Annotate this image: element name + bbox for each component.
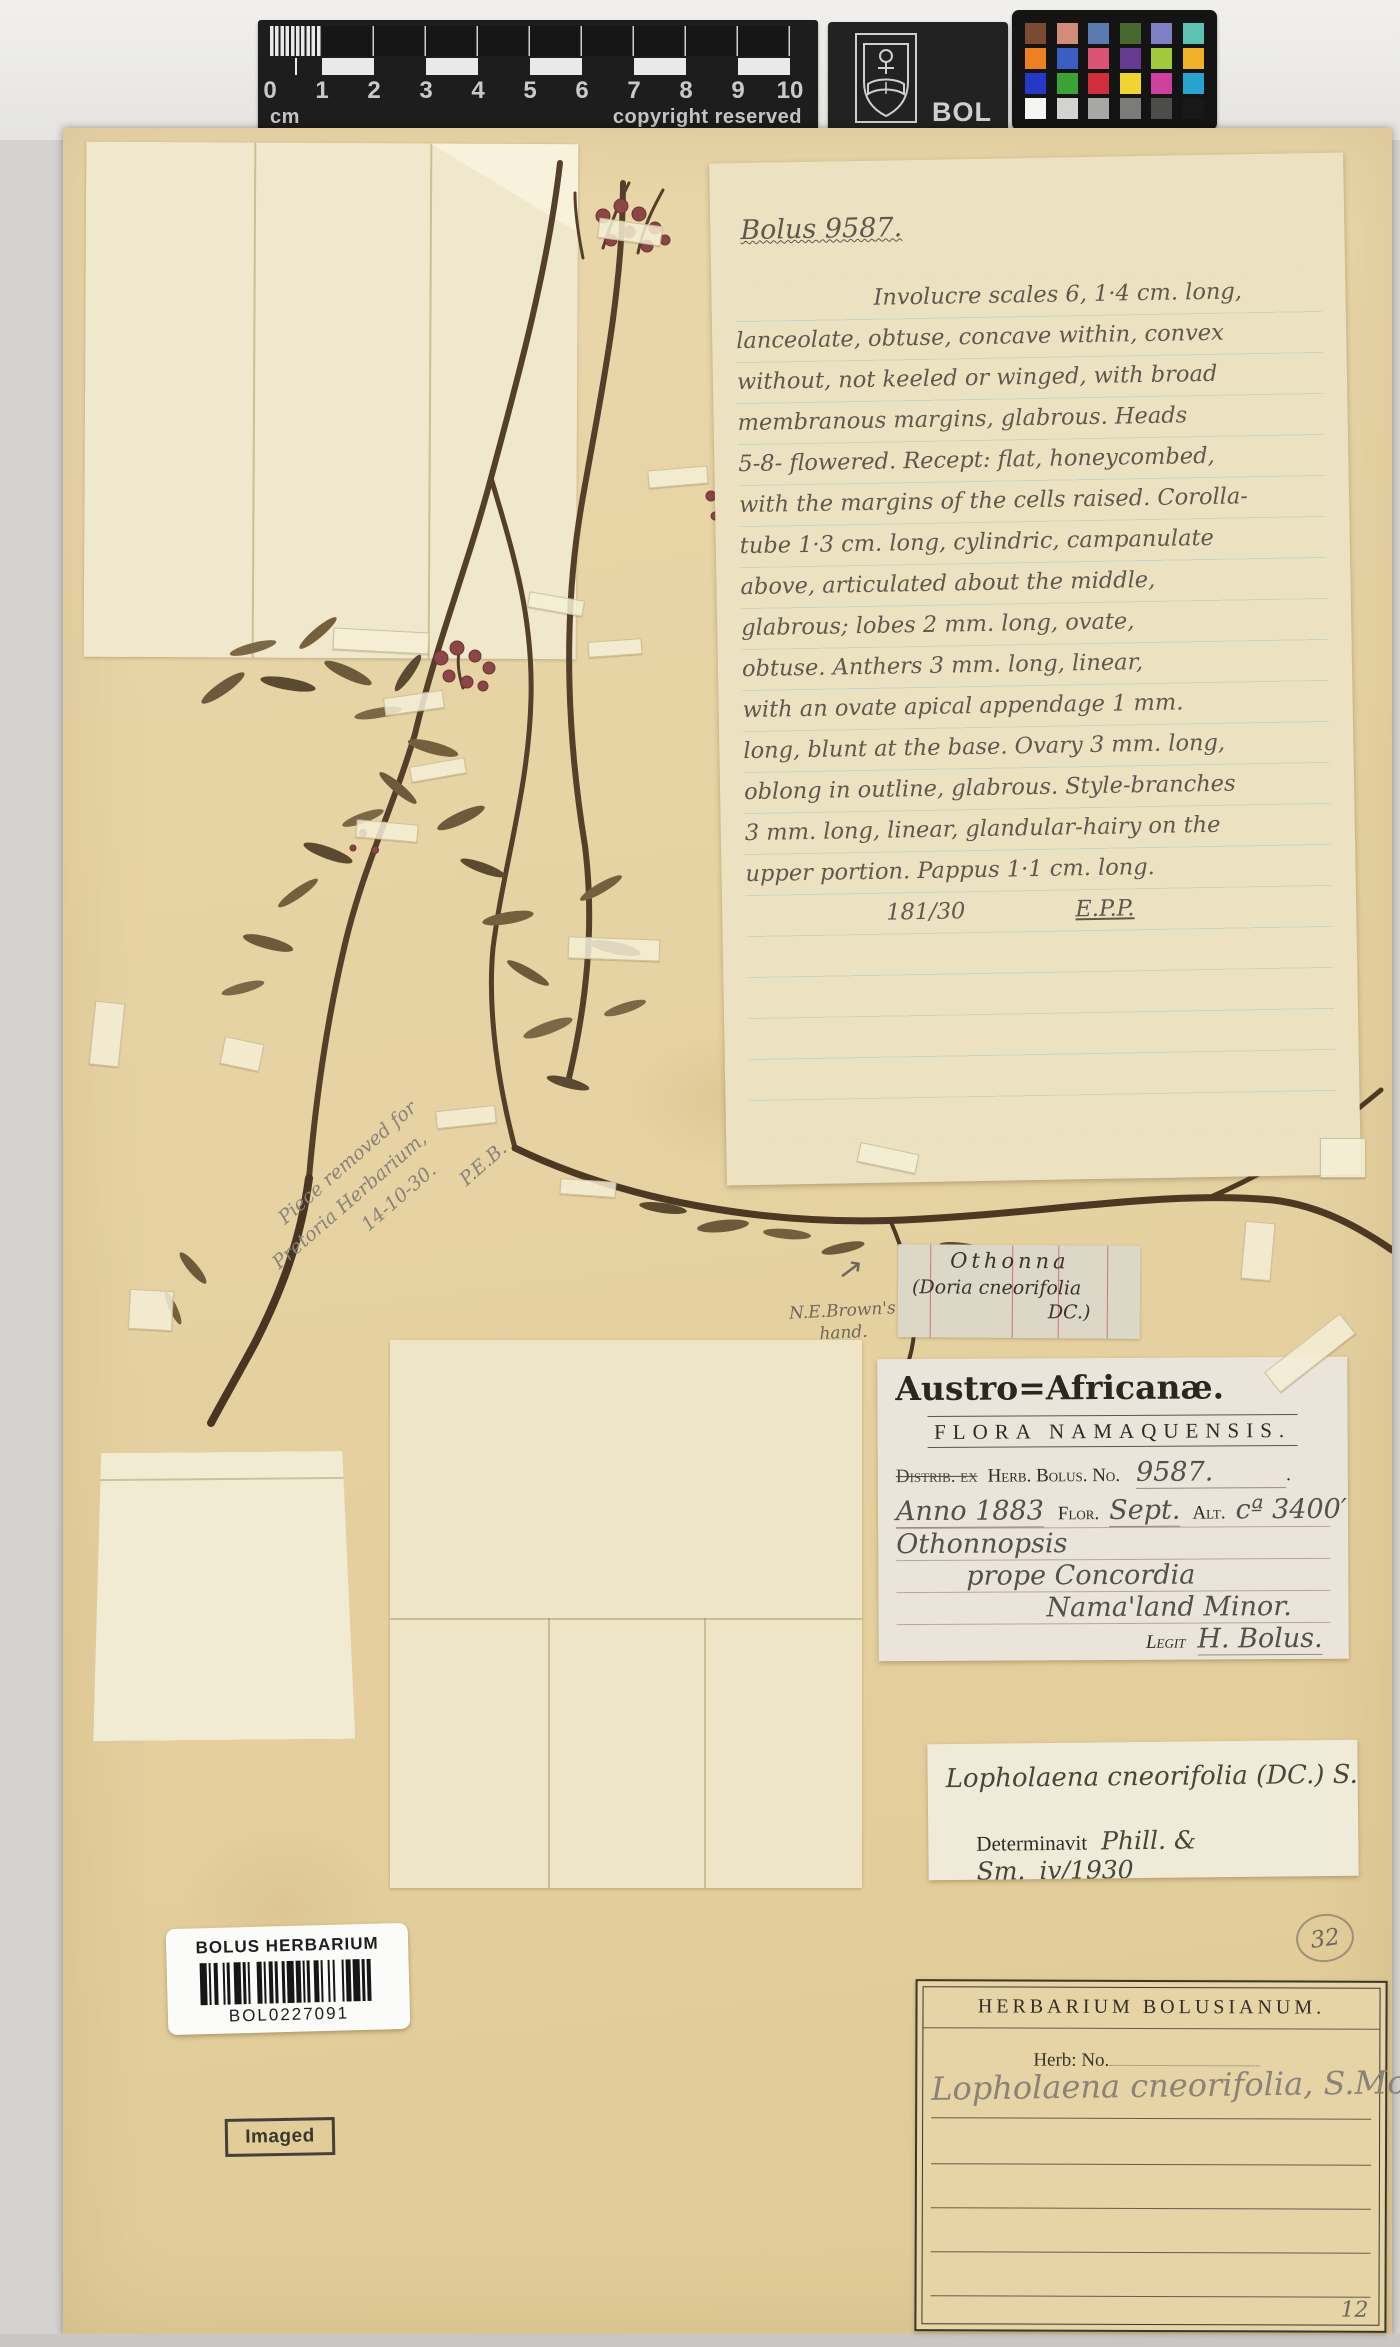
color-patch: [1057, 23, 1078, 44]
color-patch: [1183, 73, 1204, 94]
hand-annotation: N.E.Brown's hand.: [777, 1297, 909, 1348]
distrib-strikethrough: Distrib. ex: [896, 1466, 978, 1488]
annotation-arrow-icon: ↗: [836, 1250, 866, 1288]
color-patch: [1025, 23, 1046, 44]
flor-value: Sept.: [1109, 1495, 1180, 1527]
scale-bar-numbers: 012345678910: [258, 77, 818, 103]
determinavit-label: Determinavit: [976, 1831, 1087, 1856]
barcode-number: BOL0227091: [168, 2002, 410, 2028]
ruler-number: 10: [777, 77, 804, 105]
ruler-number: 6: [575, 77, 588, 105]
color-patch: [1151, 23, 1172, 44]
tape-strip: [1241, 1221, 1276, 1281]
color-patch: [1183, 23, 1204, 44]
tape-strip: [568, 936, 661, 961]
tape-strip: [128, 1289, 174, 1331]
herbarium-scan: 012345678910 cm copyright reserved BOL: [0, 0, 1400, 2347]
bolusianum-species: Lopholaena cneorifolia, S.Moore: [931, 2062, 1400, 2107]
color-patch: [1183, 48, 1204, 69]
barcode-title: BOLUS HERBARIUM: [166, 1933, 408, 1959]
collection-number: 9587.: [1136, 1456, 1286, 1489]
alt-label: Alt.: [1192, 1502, 1225, 1524]
color-patch: [1120, 98, 1141, 119]
imaged-stamp: Imaged: [225, 2117, 336, 2157]
color-patch: [1120, 48, 1141, 69]
color-patch: [1057, 48, 1078, 69]
bolusianum-title: HERBARIUM BOLUSIANUM.: [923, 1995, 1379, 2020]
bolusianum-label: HERBARIUM BOLUSIANUM. Herb: No. Lopholae…: [914, 1979, 1387, 2333]
collector-name: H. Bolus.: [1197, 1623, 1322, 1656]
collection-label: Austro=Africanæ. FLORA NAMAQUENSIS. Dist…: [877, 1357, 1349, 1661]
ruler-number: 4: [471, 77, 484, 105]
description-note: Bolus 9587. Involucre scales 6, 1·4 cm. …: [709, 153, 1361, 1186]
color-patch: [1025, 98, 1046, 119]
flor-label: Flor.: [1058, 1503, 1099, 1525]
color-patch: [1088, 98, 1109, 119]
note-heading: Bolus 9587.: [740, 212, 902, 246]
color-patch: [1120, 23, 1141, 44]
ruler-number: 1: [315, 77, 328, 105]
color-patch: [1025, 73, 1046, 94]
color-patch: [1088, 73, 1109, 94]
color-patch: [1183, 98, 1204, 119]
genus-annotation: Othonnopsis: [896, 1528, 1067, 1560]
color-patch: [1088, 48, 1109, 69]
anno-value: Anno 1883: [896, 1495, 1044, 1527]
color-patch: [1088, 23, 1109, 44]
ruler-number: 3: [419, 77, 432, 105]
barcode-label: BOLUS HERBARIUM BOL0227091: [166, 1923, 411, 2035]
color-calibration-card: [1012, 10, 1217, 130]
locality-line1: prope Concordia: [966, 1560, 1195, 1592]
ruler-number: 9: [731, 77, 744, 105]
sheet-corner-number: 12: [1340, 2298, 1368, 2323]
institution-logo-block: BOL: [828, 22, 1008, 134]
othonna-author: DC.): [1048, 1301, 1091, 1323]
scale-bar-cm-ticks: [322, 26, 790, 56]
othonna-synonym: (Doria cneorifolia: [912, 1276, 1081, 1299]
scale-unit-label: cm: [270, 106, 300, 129]
color-patch: [1151, 98, 1172, 119]
barcode: [200, 1959, 377, 2006]
color-patch: [1025, 48, 1046, 69]
legit-label: Legit: [1146, 1632, 1186, 1654]
tape-strip: [1320, 1138, 1366, 1178]
locality-line2: Nama'land Minor.: [1046, 1591, 1291, 1623]
color-patch: [1151, 48, 1172, 69]
color-patch: [1057, 98, 1078, 119]
note-footer: 181/30E.P.P.: [746, 886, 1333, 937]
color-patch-grid: [1025, 23, 1217, 119]
scanner-background-bottom: [0, 2334, 1400, 2347]
alt-value: cª 3400′: [1235, 1494, 1347, 1526]
color-patch: [1151, 73, 1172, 94]
ruler-number: 8: [679, 77, 692, 105]
color-patch: [1120, 73, 1141, 94]
uct-crest-icon: [854, 32, 918, 124]
scale-bar: 012345678910 cm copyright reserved: [258, 20, 818, 134]
scale-bar-mm-ticks: [270, 26, 322, 56]
determination-date: iv/1930: [1039, 1855, 1133, 1880]
determined-name: Lopholaena cneorifolia (DC.) S. Moore: [946, 1759, 1359, 1794]
herb-bolus-no-label: Herb. Bolus. No.: [988, 1465, 1121, 1488]
color-patch: [1057, 73, 1078, 94]
ruler-number: 7: [627, 77, 640, 105]
copyright-label: copyright reserved: [613, 106, 802, 129]
ruler-number: 2: [367, 77, 380, 105]
scale-bar-checker: [270, 58, 802, 75]
institution-code: BOL: [932, 97, 992, 128]
othonna-slip: Othonna (Doria cneorifolia DC.): [898, 1244, 1141, 1339]
othonna-genus: Othonna: [950, 1249, 1070, 1274]
determination-label: Lopholaena cneorifolia (DC.) S. Moore De…: [927, 1740, 1358, 1880]
ruler-number: 0: [263, 77, 276, 105]
label-flora-title: FLORA NAMAQUENSIS.: [928, 1414, 1297, 1448]
ruler-number: 5: [523, 77, 536, 105]
note-body: Involucre scales 6, 1·4 cm. long,lanceol…: [735, 271, 1336, 1141]
